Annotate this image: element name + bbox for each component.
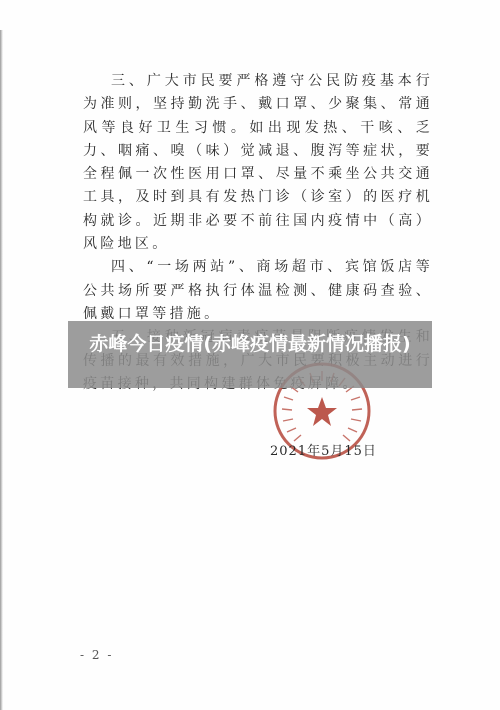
page-edge-shadow [0, 30, 3, 710]
document-page: 三、广大市民要严格遵守公民防疫基本行为准则，坚持勤洗手、戴口罩、少聚集、常通风等… [0, 0, 500, 710]
title-overlay-banner: 赤峰今日疫情(赤峰疫情最新情况播报) [68, 321, 432, 388]
paragraph-section-4: 四、“一场两站”、商场超市、宾馆饭店等公共场所要严格执行体温检测、健康码查验、佩… [83, 256, 433, 326]
star-icon [307, 397, 337, 426]
page-number: - 2 - [80, 648, 113, 662]
document-date: 2021年5月15日 [270, 440, 377, 459]
overlay-title: 赤峰今日疫情(赤峰疫情最新情况播报) [77, 332, 423, 356]
paragraph-section-3: 三、广大市民要严格遵守公民防疫基本行为准则，坚持勤洗手、戴口罩、少聚集、常通风等… [83, 70, 433, 256]
